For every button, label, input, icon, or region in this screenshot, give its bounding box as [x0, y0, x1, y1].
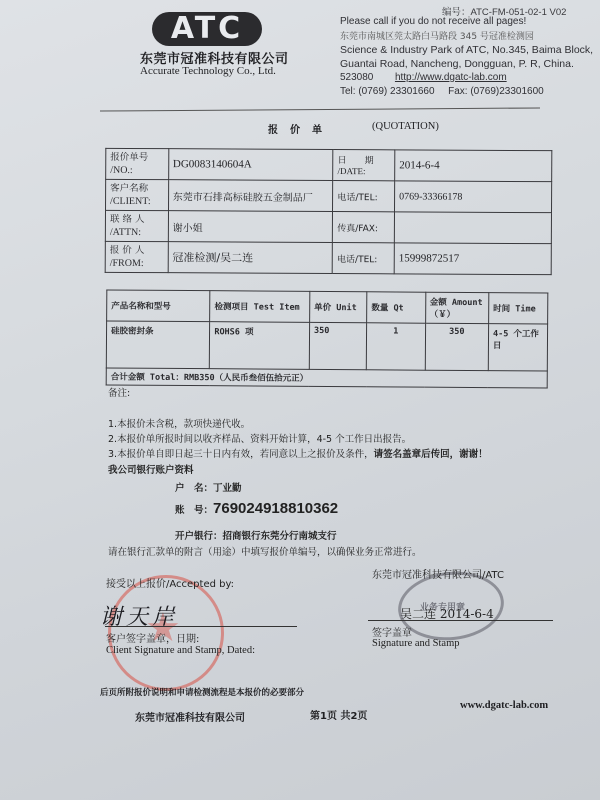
- client-sign-label-cn: 客户签字盖章，日期:: [106, 630, 199, 645]
- col-time: 时间 Time: [489, 293, 548, 324]
- quotation-items-table: 产品名称和型号 检测项目 Test Item 单价 Unit 数量 Qt 金额 …: [106, 289, 549, 388]
- col-amount: 金额 Amount（￥）: [425, 292, 489, 323]
- address-en-line2: Guantai Road, Nancheng, Dongguan, P. R, …: [340, 58, 574, 70]
- account-name-label: 户 名：: [175, 483, 213, 494]
- document-title-en: (QUOTATION): [372, 121, 439, 132]
- atc-logo: ATC: [152, 12, 262, 46]
- header-phone-row: Tel: (0769) 23301660 Fax: (0769)23301600: [340, 86, 544, 97]
- note-1: 1.本报价未含税，款项快递代收。: [108, 416, 250, 430]
- client-name: 东莞市石排高标硅胶五金制品厂: [168, 180, 333, 212]
- company-sign-line-label: 东莞市冠准科技有限公司/ATC: [372, 566, 504, 581]
- cell-unit-price: 350: [309, 322, 366, 369]
- col-product: 产品名称和型号: [107, 290, 211, 322]
- header-fax: Fax: (0769)23301600: [448, 86, 544, 97]
- quotation-number: DG0083140604A: [168, 149, 333, 181]
- company-sign-label-cn: 签字盖章: [372, 624, 412, 639]
- client-tel: 0769-33366178: [395, 181, 552, 213]
- cell-amount: 350: [425, 323, 489, 370]
- cell-quantity: 1: [366, 323, 425, 370]
- col-quantity: 数量 Qt: [367, 292, 426, 323]
- document-title-cn: 报价单: [268, 121, 334, 136]
- items-header-row: 产品名称和型号 检测项目 Test Item 单价 Unit 数量 Qt 金额 …: [107, 290, 548, 324]
- footer-website[interactable]: www.dgatc-lab.com: [460, 700, 548, 711]
- table-row: 硅胶密封条 ROHS6 项 350 1 350 4-5 个工作日: [106, 321, 547, 371]
- attn-label: 联 络 人/ATTN:: [105, 210, 168, 241]
- header-divider: [100, 107, 540, 111]
- company-sign-label-en: Signature and Stamp: [372, 638, 460, 649]
- page-indicator: 第1页 共2页: [310, 707, 367, 722]
- info-row-attn: 联 络 人/ATTN: 谢小姐 传真/FAX:: [105, 210, 551, 243]
- cell-product: 硅胶密封条: [106, 321, 210, 369]
- account-name: 丁业勤: [213, 483, 242, 494]
- footer-company: 东莞市冠准科技有限公司: [135, 709, 245, 724]
- total-amount: 合计金额 Total：RMB350（人民币叁佰伍拾元正）: [106, 368, 547, 388]
- cell-test-item: ROHS6 项: [210, 322, 310, 370]
- quotation-date: 2014-6-4: [395, 150, 552, 182]
- website-link[interactable]: http://www.dgatc-lab.com: [395, 72, 507, 83]
- account-name-row: 户 名：丁业勤: [175, 480, 242, 494]
- bank-name: 招商银行东莞分行南城支行: [223, 531, 337, 542]
- client-sign-label-en: Client Signature and Stamp, Dated:: [106, 645, 255, 656]
- bank-name-row: 开户银行：招商银行东莞分行南城支行: [175, 528, 337, 542]
- from-tel: 15999872517: [394, 243, 551, 275]
- note-3: 3.本报价单自即日起三十日内有效，若同意以上之报价及条件，请签名盖章后传回，谢谢…: [108, 446, 488, 460]
- address-cn: 东莞市南城区莞太路白马路段 345 号冠准检测园: [340, 29, 534, 42]
- page-notice: Please call if you do not receive all pa…: [340, 16, 526, 27]
- account-number-row: 账 号：769024918810362: [175, 500, 338, 517]
- from-label: 报 价 人/FROM:: [105, 241, 168, 272]
- col-unit-price: 单价 Unit: [310, 291, 367, 322]
- bank-name-label: 开户银行：: [175, 531, 223, 542]
- client-tel-label: 电话/TEL:: [333, 181, 395, 212]
- company-signature-line[interactable]: [368, 620, 553, 621]
- notes-heading: 备注:: [108, 385, 130, 399]
- header-contact-row: 523080 http://www.dgatc-lab.com: [340, 72, 507, 83]
- info-row-client: 客户名称/CLIENT: 东莞市石排高标硅胶五金制品厂 电话/TEL: 0769…: [106, 179, 552, 212]
- account-number: 769024918810362: [213, 500, 338, 517]
- date-label: 日 期/DATE:: [333, 150, 395, 181]
- total-row: 合计金额 Total：RMB350（人民币叁佰伍拾元正）: [106, 368, 547, 388]
- fax-label: 传真/FAX:: [333, 212, 395, 243]
- no-label: 报价单号/NO.:: [106, 148, 169, 179]
- from-tel-label: 电话/TEL:: [332, 243, 394, 274]
- postcode: 523080: [340, 72, 373, 83]
- footer-note: 后页所附报价说明和申请检测流程是本报价的必要部分: [100, 686, 304, 698]
- attn-name: 谢小姐: [168, 211, 333, 243]
- note-3-emphasis: 请签名盖章后传回，谢谢！: [374, 449, 488, 460]
- header-tel: Tel: (0769) 23301660: [340, 86, 435, 97]
- client-signature-line[interactable]: [105, 626, 297, 627]
- company-name-en: Accurate Technology Co., Ltd.: [140, 65, 276, 77]
- address-en-line1: Science & Industry Park of ATC, No.345, …: [340, 44, 593, 56]
- client-label: 客户名称/CLIENT:: [106, 179, 169, 210]
- col-test-item: 检测项目 Test Item: [210, 291, 310, 323]
- note-2: 2.本报价单所报时间以收齐样品、资料开始计算，4-5 个工作日出报告。: [108, 431, 411, 445]
- bank-heading: 我公司银行账户资料: [108, 462, 194, 476]
- cell-time: 4-5 个工作日: [488, 324, 547, 371]
- info-row-from: 报 价 人/FROM: 冠准检测/吴二连 电话/TEL: 15999872517: [105, 241, 551, 274]
- accepted-by-label: 接受以上报价/Accepted by:: [106, 575, 234, 590]
- fax-value: [394, 212, 551, 244]
- quotation-info-table: 报价单号/NO.: DG0083140604A 日 期/DATE: 2014-6…: [105, 148, 553, 275]
- remittance-instruction: 请在银行汇款单的附言（用途）中填写报价单编号，以确保业务正常进行。: [108, 544, 422, 558]
- from-name: 冠准检测/吴二连: [168, 242, 333, 274]
- account-number-label: 账 号：: [175, 505, 213, 516]
- info-row-no: 报价单号/NO.: DG0083140604A 日 期/DATE: 2014-6…: [106, 148, 552, 181]
